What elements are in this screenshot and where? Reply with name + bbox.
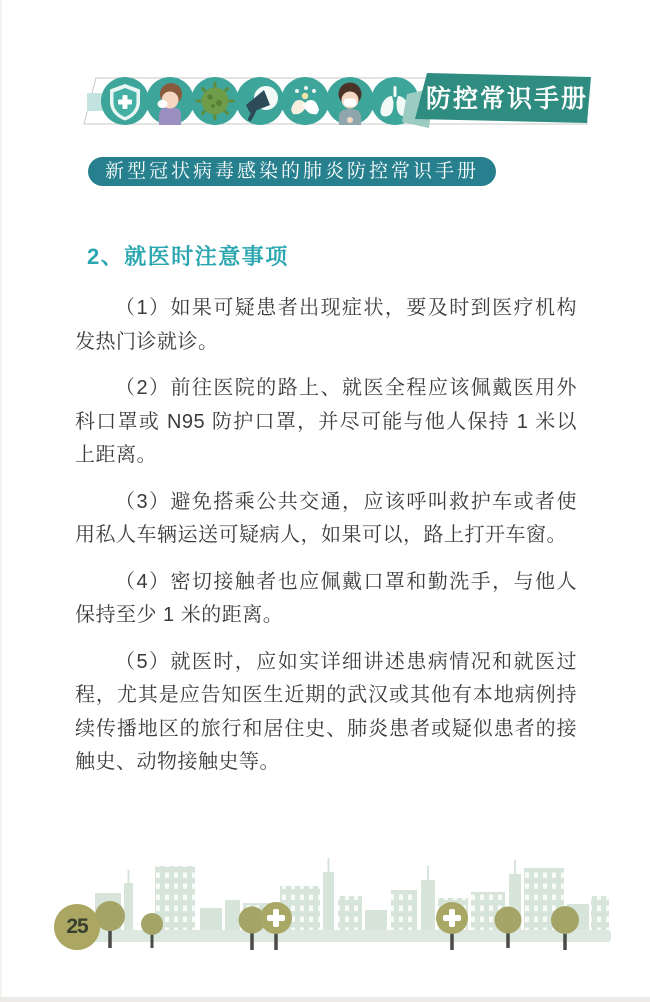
page-edge [0,0,2,1002]
footer-skyline [55,848,615,963]
tree-icon [551,906,579,950]
shield-cross-icon [101,77,149,125]
body-paragraph: （4）密切接触者也应佩戴口罩和勤洗手，与他人保持至少 1 米的距离。 [75,566,577,633]
tree-icon [141,913,163,948]
body-paragraph: （1）如果可疑患者出现症状，要及时到医疗机构发热门诊就诊。 [75,292,577,359]
page-number: 25 [66,915,87,939]
handbook-page: 防控常识手册 新型冠状病毒感染的肺炎防控常识手册 2、就医时注意事项 （1）如果… [0,0,650,1002]
section-heading: 2、就医时注意事项 [87,240,577,271]
virus-icon [191,77,239,125]
masked-child-icon [326,77,374,125]
header-banner: 防控常识手册 [82,70,598,142]
subtitle-banner: 新型冠状病毒感染的肺炎防控常识手册 [88,157,496,186]
page-number-badge: 25 [54,904,100,950]
banner-title: 防控常识手册 [426,85,588,113]
handwashing-icon [281,77,329,125]
body-paragraph: （3）避免搭乘公共交通，应该呼叫救护车或者使用私人车辆运送可疑病人，如果可以，路… [75,486,577,553]
sneezing-child-icon [146,77,194,125]
city-buildings [89,858,611,942]
body-paragraph: （2）前往医院的路上、就医全程应该佩戴医用外科口罩或 N95 防护口罩，并尽可能… [75,372,577,473]
medical-cross-icon [260,902,292,950]
page-edge [0,997,650,1002]
page-content: 2、就医时注意事项 （1）如果可疑患者出现症状，要及时到医疗机构发热门诊就诊。 … [75,240,577,793]
medical-cross-icon [436,902,468,950]
body-paragraph: （5）就医时，应如实详细讲述患病情况和就医过程，尤其是应告知医生近期的武汉或其他… [75,646,577,780]
megaphone-icon [236,77,284,125]
